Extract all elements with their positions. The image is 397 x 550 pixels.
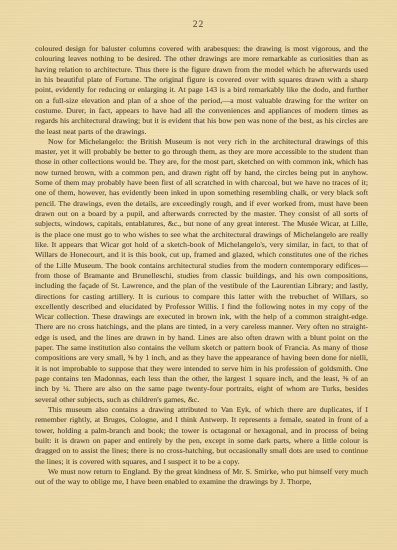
paragraph: We must now return to England. By the gr… [35,467,368,488]
paragraph: Now for Michelangelo: the British Museum… [35,137,368,405]
page-body-text: coloured design for baluster columns cov… [35,44,368,487]
paragraph: coloured design for baluster columns cov… [35,44,368,137]
page-number: 22 [0,20,397,30]
book-page: 22 coloured design for baluster columns … [0,0,397,550]
paragraph: This museum also contains a drawing attr… [35,405,368,467]
